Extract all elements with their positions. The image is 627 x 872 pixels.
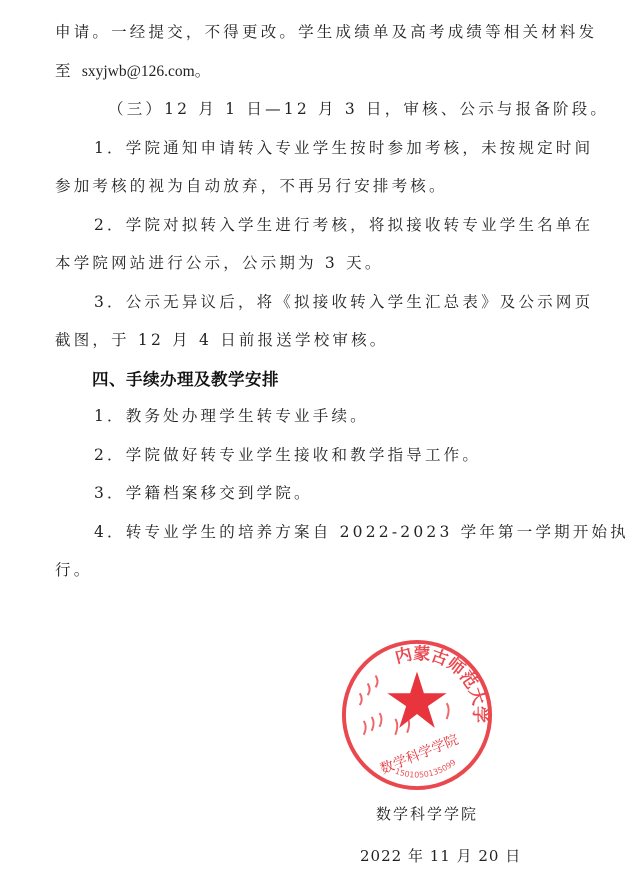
paragraph-line: 1．学院通知申请转入专业学生按时参加考核，未按规定时间: [94, 137, 599, 159]
subsection-heading: （三）12 月 1 日—12 月 3 日，审核、公示与报备阶段。: [108, 98, 613, 120]
paragraph-line: 2．学院对拟转入学生进行考核，将拟接收转专业学生名单在: [94, 214, 599, 236]
paragraph-line: 3．公示无异议后，将《拟接收转入学生汇总表》及公示网页: [94, 291, 599, 313]
email-link[interactable]: sxyjwb@126.com: [82, 63, 195, 80]
list-item: 2．学院做好转专业学生接收和教学指导工作。: [94, 444, 599, 466]
text-suffix: 。: [195, 62, 214, 80]
section-heading: 四、手续办理及教学安排: [92, 366, 279, 390]
paragraph-line: 本学院网站进行公示，公示期为 3 天。: [55, 252, 560, 274]
list-item: 4．转专业学生的培养方案自 2022-2023 学年第一学期开始执: [94, 521, 599, 543]
list-item-continuation: 行。: [55, 559, 560, 581]
mongolian-script-decoration: [360, 676, 449, 735]
text-prefix: 至: [55, 62, 82, 80]
signature-date: 2022 年 11 月 20 日: [360, 845, 521, 866]
list-item: 1．教务处办理学生转专业手续。: [94, 405, 599, 427]
official-seal-stamp: 内蒙古师范大学 数学科学学院 1501050135099: [338, 636, 496, 794]
signature-org: 数学科学学院: [376, 803, 478, 824]
list-item: 3．学籍档案移交到学院。: [94, 482, 599, 504]
paragraph-line: 截图，于 12 月 4 日前报送学校审核。: [55, 329, 560, 351]
paragraph-line-email: 至 sxyjwb@126.com。: [55, 60, 560, 83]
paragraph-line: 参加考核的视为自动放弃，不再另行安排考核。: [55, 175, 560, 197]
paragraph-line: 申请。一经提交，不得更改。学生成绩单及高考成绩等相关材料发: [55, 21, 560, 43]
